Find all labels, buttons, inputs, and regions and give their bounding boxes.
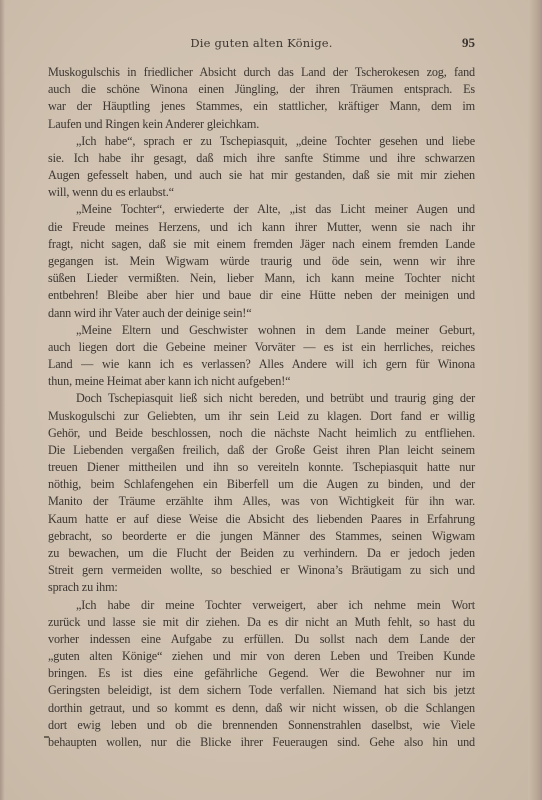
- text-line: war der Häuptling jenes Stammes, ein sta…: [48, 98, 475, 114]
- text-line: bringen. Es ist dies eine gefährliche Ge…: [48, 665, 475, 681]
- text-line: fragt, nicht sagen, daß sie mit einem fr…: [48, 236, 475, 252]
- text-line: behaupten wollen, nur die Blicke ihrer F…: [48, 734, 475, 750]
- text-line: süßen Lieder vermißten. Nein, lieber Man…: [48, 270, 475, 286]
- text-line: „guten alten Könige“ ziehen und mir von …: [48, 648, 475, 664]
- page-number: 95: [462, 35, 475, 51]
- text-line: entbehren! Bleibe aber hier und baue dir…: [48, 287, 475, 303]
- text-line: „Meine Tochter“, erwiederte der Alte, „i…: [76, 201, 475, 217]
- text-line: dann wird ihr Vater auch der deinige sei…: [48, 305, 475, 321]
- text-line: Land — wie kann ich es verlassen? Alles …: [48, 356, 475, 372]
- text-line: „Ich habe“, sprach er zu Tschepiasquit, …: [76, 133, 475, 149]
- text-line: Muskogulschi zur Geliebten, um ihr sein …: [48, 408, 475, 424]
- text-line: will, wenn du es erlaubst.“: [48, 184, 475, 200]
- text-line: dort ewig leben und ob die brennenden So…: [48, 717, 475, 733]
- text-line: Laufen und Ringen kein Anderer gleichkam…: [48, 116, 475, 132]
- text-line: auch liegen dort die Gebeine meiner Vorv…: [48, 339, 475, 355]
- text-line: Manito der Träume erzählte ihm Alles, wa…: [48, 493, 475, 509]
- text-line: auch die schöne Winona einen Jüngling, d…: [48, 81, 475, 97]
- text-line: Die Liebenden vergaßen freilich, daß der…: [48, 442, 475, 458]
- text-line: thun, meine Heimat aber kann ich nicht a…: [48, 373, 475, 389]
- text-line: Geringsten beleidigt, ist dem sichern To…: [48, 682, 475, 698]
- text-line: „Meine Eltern und Geschwister wohnen in …: [76, 322, 475, 338]
- text-line: Doch Tschepiasquit ließ sich nicht bered…: [76, 390, 475, 406]
- running-title: Die guten alten Könige.: [48, 36, 475, 50]
- text-line: Gehör, und Beide beschlossen, noch die n…: [48, 425, 475, 441]
- text-line: zurück und lasse sie mit dir ziehen. Da …: [48, 614, 475, 630]
- page-gutter-shadow: [0, 0, 5, 800]
- stray-print-mark: [44, 736, 49, 738]
- text-line: treuen Diener mittheilen und ihn so vere…: [48, 459, 475, 475]
- book-page: Die guten alten Könige. 95 Muskogulschis…: [0, 0, 542, 800]
- text-line: dorthin getraut, und so kommt es denn, d…: [48, 700, 475, 716]
- text-line: zu bewachen, um die Flucht der Beiden zu…: [48, 545, 475, 561]
- text-line: gebracht, so beorderte er die jungen Män…: [48, 528, 475, 544]
- text-line: sie. Ich habe ihr gesagt, daß mich ihre …: [48, 150, 475, 166]
- text-line: sprach zu ihm:: [48, 579, 475, 595]
- text-line: Muskogulschis in friedlicher Absicht dur…: [48, 64, 475, 80]
- page-edge-shadow: [528, 0, 542, 800]
- text-line: gegangen ist. Mein Wigwam würde traurig …: [48, 253, 475, 269]
- text-line: vorher indessen eine Aufgabe zu erfüllen…: [48, 631, 475, 647]
- text-line: nöthig, beim Schlafengehen ein Biberfell…: [48, 476, 475, 492]
- page-header: Die guten alten Könige. 95: [48, 36, 475, 52]
- text-line: Augen gefesselt haben, und auch sie hat …: [48, 167, 475, 183]
- text-line: Streit gern vermeiden wollte, so beschie…: [48, 562, 475, 578]
- text-line: „Ich habe dir meine Tochter verweigert, …: [76, 597, 475, 613]
- text-line: Kaum hatte er auf diese Weise die Absich…: [48, 511, 475, 527]
- text-line: die Freude meines Herzens, und ich kann …: [48, 219, 475, 235]
